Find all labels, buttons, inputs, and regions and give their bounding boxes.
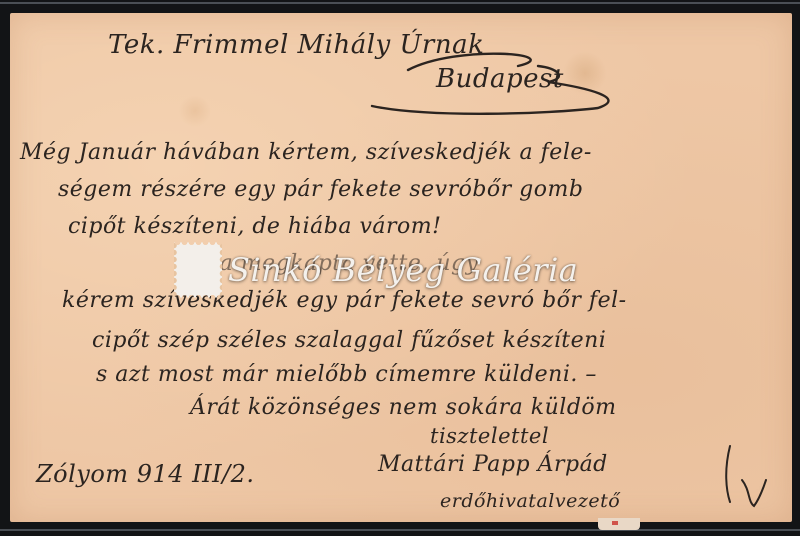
message-line: ségem részére egy pár fekete sevróbőr go… bbox=[58, 177, 583, 202]
message-line: Árát közönséges nem sokára küldöm bbox=[190, 395, 617, 420]
signature: Mattári Papp Árpád bbox=[378, 452, 608, 477]
watermark-text: Sinkó Bélyeg Galéria bbox=[228, 251, 578, 289]
message-line: Még Január hávában kértem, szíveskedjék … bbox=[20, 140, 592, 165]
torn-paper-tab bbox=[598, 518, 640, 530]
recipient-line: Tek. Frimmel Mihály Úrnak bbox=[108, 30, 484, 60]
message-line: cipőt szép széles szalaggal fűzőset kész… bbox=[92, 328, 606, 353]
scan-frame-top bbox=[0, 2, 800, 4]
watermark: Sinkó Bélyeg Galéria bbox=[174, 240, 654, 300]
message-line: s azt most már mielőbb címemre küldeni. … bbox=[96, 362, 597, 387]
scan-frame-bottom bbox=[0, 529, 800, 531]
city-line: Budapest bbox=[436, 64, 564, 94]
place-date: Zólyom 914 III/2. bbox=[36, 460, 255, 488]
signature-title: erdőhivatalvezető bbox=[440, 490, 620, 512]
closing: tisztelettel bbox=[430, 424, 549, 448]
signature-flourish bbox=[720, 440, 770, 510]
message-line: cipőt készíteni, de hiába várom! bbox=[68, 214, 441, 239]
postage-stamp-icon bbox=[174, 242, 222, 298]
